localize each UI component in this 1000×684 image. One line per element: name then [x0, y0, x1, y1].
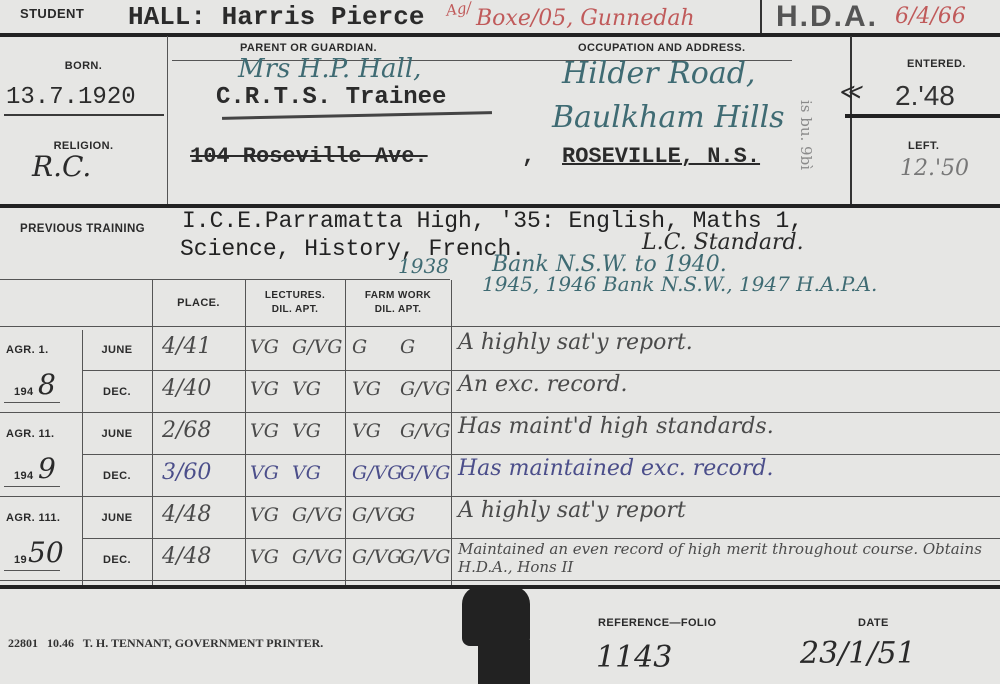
- ink-blot: [462, 586, 530, 646]
- lectures-apt: VG: [292, 462, 321, 484]
- previous-training-label: PREVIOUS TRAINING: [20, 223, 145, 235]
- date-value: 23/1/51: [800, 636, 916, 671]
- training-rule: [0, 279, 450, 280]
- year-handwritten: 50: [28, 536, 64, 569]
- term-label: JUNE: [82, 512, 152, 524]
- remark-text: Has maint'd high standards.: [458, 418, 993, 436]
- lectures-dil: VG: [250, 378, 279, 400]
- table-header-rule: [0, 326, 1000, 327]
- reference-value: 1143: [596, 640, 672, 675]
- header-lectures: LECTURES.: [245, 290, 345, 301]
- row-divider: [82, 370, 1000, 371]
- award-stamp: H.D.A.: [776, 0, 878, 34]
- year-prefix: 19: [14, 554, 27, 566]
- occupation-label: OCCUPATION AND ADDRESS.: [578, 42, 745, 54]
- entered-label: ENTERED.: [907, 58, 966, 70]
- born-value: 13.7.1920: [6, 84, 136, 111]
- entered-divider: [850, 36, 852, 206]
- remark-text: An exc. record.: [458, 376, 993, 394]
- left-label: LEFT.: [908, 140, 939, 152]
- award-date: 6/4/66: [895, 4, 966, 29]
- entered-underline: [845, 114, 1000, 118]
- farm-apt: G: [400, 504, 415, 526]
- remark-text: Maintained an even record of high merit …: [458, 540, 993, 576]
- occupation-handwritten-line2: Baulkham Hills: [552, 100, 785, 135]
- red-annotation: Boxe/05, Gunnedah: [476, 6, 695, 31]
- row-divider: [82, 538, 1000, 539]
- lectures-dil: VG: [250, 462, 279, 484]
- lectures-apt: G/VG: [292, 504, 342, 526]
- course-label: AGR. 111.: [6, 512, 82, 524]
- date-label: DATE: [858, 617, 889, 629]
- farm-apt: G: [400, 336, 415, 358]
- term-label: DEC.: [82, 554, 152, 566]
- year-prefix: 194: [14, 470, 34, 482]
- farm-apt: G/VG: [400, 378, 450, 400]
- training-hand-line4: 1945, 1946 Bank N.S.W., 1947 H.A.P.A.: [482, 272, 877, 296]
- course-label: AGR. 11.: [6, 428, 82, 440]
- parent-underline: [222, 111, 492, 120]
- lectures-apt: G/VG: [292, 336, 342, 358]
- remark-text: A highly sat'y report: [458, 502, 993, 520]
- farm-apt: G/VG: [400, 420, 450, 442]
- year-underline: [4, 402, 60, 403]
- place-value: 4/41: [162, 334, 211, 359]
- row-divider: [0, 496, 1000, 497]
- farm-dil: G/VG: [352, 546, 402, 568]
- farm-apt: G/VG: [400, 462, 450, 484]
- lectures-dil: VG: [250, 504, 279, 526]
- entered-value: 2.'48: [895, 80, 955, 112]
- address-comma: ,: [522, 144, 535, 169]
- training-typed-line2: Science, History, French.: [180, 236, 525, 262]
- header-lectures-sub: DIL. APT.: [245, 304, 345, 315]
- farm-dil: G/VG: [352, 504, 402, 526]
- entered-arrow: ≪: [838, 80, 861, 105]
- farm-dil: VG: [352, 378, 381, 400]
- year-handwritten: 9: [38, 452, 56, 485]
- term-label: DEC.: [82, 386, 152, 398]
- year-prefix: 194: [14, 386, 34, 398]
- place-value: 4/40: [162, 376, 211, 401]
- remark-text: A highly sat'y report.: [458, 334, 993, 352]
- year-underline: [4, 486, 60, 487]
- farm-apt: G/VG: [400, 546, 450, 568]
- lectures-apt: VG: [292, 420, 321, 442]
- parent-label: PARENT OR GUARDIAN.: [240, 42, 377, 54]
- ink-blot-stem: [478, 640, 530, 684]
- born-divider: [167, 36, 168, 206]
- year-handwritten: 8: [38, 368, 56, 401]
- col-divider-0: [82, 330, 83, 585]
- row-divider: [0, 580, 1000, 581]
- religion-value: R.C.: [32, 150, 91, 183]
- term-label: JUNE: [82, 344, 152, 356]
- lectures-apt: G/VG: [292, 546, 342, 568]
- lectures-dil: VG: [250, 336, 279, 358]
- header-farm: FARM WORK: [345, 290, 451, 301]
- parent-typed: C.R.T.S. Trainee: [216, 84, 446, 111]
- occupation-handwritten-line1: Hilder Road,: [562, 56, 755, 91]
- row-divider: [0, 412, 1000, 413]
- rubber-stamp: is bu. 9bì: [797, 100, 815, 170]
- place-value: 3/60: [162, 460, 211, 485]
- row-divider: [82, 454, 1000, 455]
- reference-label: REFERENCE—FOLIO: [598, 617, 716, 629]
- term-label: DEC.: [82, 470, 152, 482]
- place-value: 2/68: [162, 418, 211, 443]
- printer-imprint: 22801 10.46 T. H. TENNANT, GOVERNMENT PR…: [8, 636, 323, 651]
- born-underline: [4, 114, 164, 116]
- farm-dil: G: [352, 336, 367, 358]
- farm-dil: G/VG: [352, 462, 402, 484]
- remark-text: Has maintained exc. record.: [458, 460, 993, 478]
- course-label: AGR. 1.: [6, 344, 82, 356]
- header-divider: [760, 0, 762, 34]
- student-label: STUDENT: [20, 6, 84, 21]
- lectures-dil: VG: [250, 420, 279, 442]
- address-struck: 104 Roseville Ave.: [190, 144, 428, 169]
- place-value: 4/48: [162, 544, 211, 569]
- student-record-card: STUDENT HALL: Harris Pierce Ag/ Boxe/05,…: [0, 0, 1000, 684]
- town-struck: ROSEVILLE, N.S.: [562, 144, 760, 169]
- term-label: JUNE: [82, 428, 152, 440]
- training-year: 1938: [398, 254, 449, 278]
- header-place: PLACE.: [152, 297, 245, 309]
- left-value: 12.'50: [900, 156, 969, 181]
- red-annotation-prefix: Ag/: [445, 0, 473, 20]
- header-farm-sub: DIL. APT.: [345, 304, 451, 315]
- lectures-dil: VG: [250, 546, 279, 568]
- parent-handwritten: Mrs H.P. Hall,: [238, 54, 421, 84]
- farm-dil: VG: [352, 420, 381, 442]
- student-name: HALL: Harris Pierce: [128, 2, 424, 32]
- place-value: 4/48: [162, 502, 211, 527]
- born-label: BORN.: [0, 60, 167, 72]
- year-underline: [4, 570, 60, 571]
- lectures-apt: VG: [292, 378, 321, 400]
